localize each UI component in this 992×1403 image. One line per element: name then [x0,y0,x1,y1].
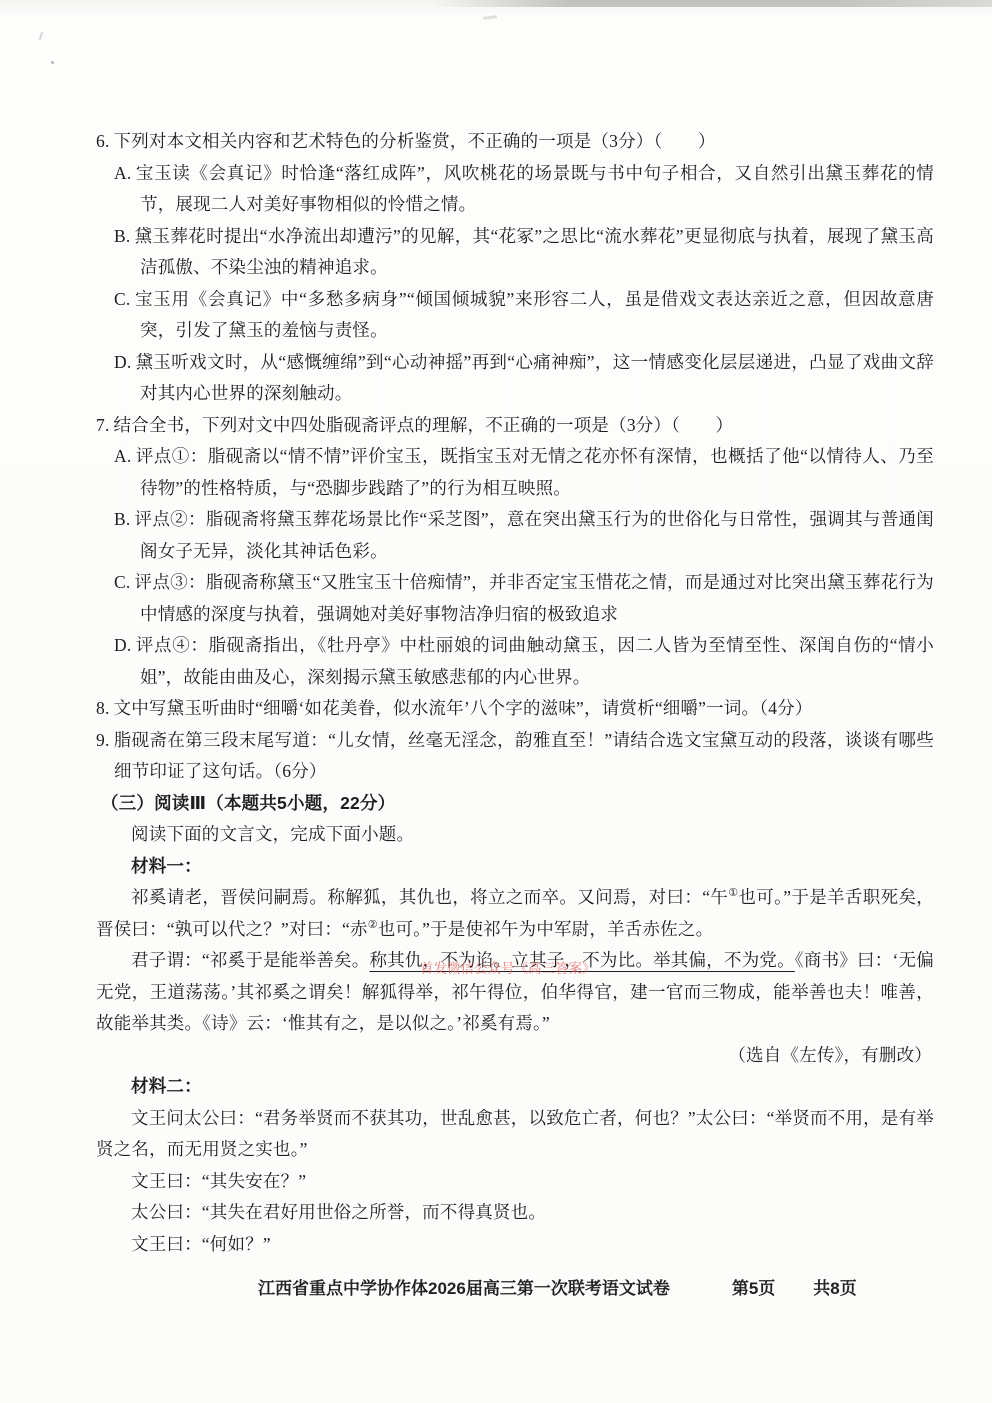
material-1-paragraph-2: 君子谓：“祁奚于是能举善矣。称其仇，不为谄。立其子，不为比。举其偏，不为党。《商… [96,945,934,1040]
footer-exam-title: 江西省重点中学协作体2026届高三第一次联考语文试卷 [258,1277,670,1301]
option-text: 黛玉听戏文时，从“感慨缠绵”到“心动神摇”再到“心痛神痴”，这一情感变化层层递进… [135,352,934,404]
footnote-marker-1: ① [728,887,738,899]
scan-streak-artifact [430,0,992,7]
question-9-text: 脂砚斋在第三段末尾写道：“儿女情，丝毫无淫念，韵雅直至！”请结合选文宝黛互动的段… [114,730,934,782]
question-6-option-a: A.宝玉读《会真记》时恰逢“落红成阵”，风吹桃花的场景既与书中句子相合，又自然引… [140,158,934,221]
option-label: D. [114,352,135,372]
question-6-option-c: C.宝玉用《会真记》中“多愁多病身”“倾国倾城貌”来形容二人，虽是借戏文表达亲近… [140,284,934,347]
material-1-source: （选自《左传》，有删改） [96,1040,934,1072]
material-1-label: 材料一： [96,851,934,883]
exam-paper-page: 6.下列对本文相关内容和艺术特色的分析鉴赏，不正确的一项是（3分）（ ） A.宝… [0,0,992,1403]
option-text: 黛玉葬花时提出“水净流出却遭污”的见解，其“花冢”之思比“流水葬花”更显彻底与执… [134,226,934,278]
option-text: 宝玉读《会真记》时恰逢“落红成阵”，风吹桃花的场景既与书中句子相合，又自然引出黛… [135,163,934,215]
material-2-paragraph-2: 文王曰：“其失安在？” [96,1166,934,1198]
option-label: B. [114,509,134,529]
scan-pen-mark-artifact [39,32,43,40]
question-8-text: 文中写黛玉听曲时“细嚼‘如花美眷，似水流年’八个字的滋味”，请赏析“细嚼”一词。… [114,698,813,718]
question-9-number: 9. [96,730,114,750]
question-6-number: 6. [96,131,114,151]
option-text: 评点④：脂砚斋指出，《牡丹亭》中杜丽娘的词曲触动黛玉，因二人皆为至情至性、深闺自… [135,635,934,687]
classical-text: 祁奚请老，晋侯问嗣焉。称解狐，其仇也，将立之而卒。又问焉，对曰：“午 [131,887,728,907]
material-2-paragraph-1: 文王问太公曰：“君务举贤而不获其功，世乱愈甚，以致危亡者，何也？”太公曰：“举贤… [96,1103,934,1166]
question-8-number: 8. [96,698,114,718]
question-7-option-c: C.评点③：脂砚斋称黛玉“又胜宝玉十倍痴情”，并非否定宝玉惜花之情，而是通过对比… [140,567,934,630]
option-text: 评点②：脂砚斋将黛玉葬花场景比作“采芝图”，意在突出黛玉行为的世俗化与日常性，强… [134,509,934,561]
option-text: 评点①：脂砚斋以“情不情”评价宝玉，既指宝玉对无情之花亦怀有深情，也概括了他“以… [135,446,934,498]
option-text: 评点③：脂砚斋称黛玉“又胜宝玉十倍痴情”，并非否定宝玉惜花之情，而是通过对比突出… [134,572,934,624]
option-label: A. [114,446,135,466]
option-label: C. [114,289,134,309]
option-label: C. [114,572,134,592]
classical-text: 也可。”于是使祁午为中军尉，羊舌赤佐之。 [378,919,714,939]
scan-smudge-artifact [483,15,497,19]
question-6-text: 下列对本文相关内容和艺术特色的分析鉴赏，不正确的一项是（3分）（ ） [114,131,716,151]
option-text: 宝玉用《会真记》中“多愁多病身”“倾国倾城貌”来形容二人，虽是借戏文表达亲近之意… [134,289,934,341]
material-2-label: 材料二： [96,1071,934,1103]
question-6-option-d: D.黛玉听戏文时，从“感慨缠绵”到“心动神摇”再到“心痛神痴”，这一情感变化层层… [140,347,934,410]
footer-total-pages: 共8页 [813,1277,856,1301]
question-7-option-b: B.评点②：脂砚斋将黛玉葬花场景比作“采芝图”，意在突出黛玉行为的世俗化与日常性… [140,504,934,567]
question-8-stem: 8.文中写黛玉听曲时“细嚼‘如花美眷，似水流年’八个字的滋味”，请赏析“细嚼”一… [114,693,934,725]
classical-text: 君子谓：“祁奚于是能举善矣。 [131,950,369,970]
material-2-paragraph-3: 太公曰：“其失在君好用世俗之所誉，而不得真贤也。 [96,1197,934,1229]
option-label: B. [114,226,134,246]
material-1-paragraph-1: 祁奚请老，晋侯问嗣焉。称解狐，其仇也，将立之而卒。又问焉，对曰：“午①也可。”于… [96,882,934,945]
page-footer: 江西省重点中学协作体2026届高三第一次联考语文试卷 第5页 共8页 [0,1277,992,1301]
question-7-stem: 7.结合全书，下列对文中四处脂砚斋评点的理解，不正确的一项是（3分）（ ） [114,410,934,442]
option-label: A. [114,163,135,183]
question-9-stem: 9.脂砚斋在第三段末尾写道：“儿女情，丝毫无淫念，韵雅直至！”请结合选文宝黛互动… [114,725,934,788]
question-7-number: 7. [96,415,114,435]
scan-speck-artifact [51,61,54,64]
section-3-heading: （三）阅读Ⅲ（本题共5小题，22分） [101,788,934,820]
question-7-option-a: A.评点①：脂砚斋以“情不情”评价宝玉，既指宝玉对无情之花亦怀有深情，也概括了他… [140,441,934,504]
question-6-option-b: B.黛玉葬花时提出“水净流出却遭污”的见解，其“花冢”之思比“流水葬花”更显彻底… [140,221,934,284]
material-2-paragraph-4: 文王曰：“何如？” [96,1229,934,1261]
option-label: D. [114,635,135,655]
page-body: 6.下列对本文相关内容和艺术特色的分析鉴赏，不正确的一项是（3分）（ ） A.宝… [96,126,934,1260]
footer-page-number: 第5页 [732,1277,775,1301]
question-7-text: 结合全书，下列对文中四处脂砚斋评点的理解，不正确的一项是（3分）（ ） [114,415,734,435]
red-watermark-text: 首发微信公众号《高三答案》 [420,961,596,977]
question-6-stem: 6.下列对本文相关内容和艺术特色的分析鉴赏，不正确的一项是（3分）（ ） [114,126,934,158]
question-7-option-d: D.评点④：脂砚斋指出，《牡丹亭》中杜丽娘的词曲触动黛玉，因二人皆为至情至性、深… [140,630,934,693]
section-3-instruction: 阅读下面的文言文，完成下面小题。 [96,819,934,851]
footnote-marker-2: ② [368,919,378,931]
